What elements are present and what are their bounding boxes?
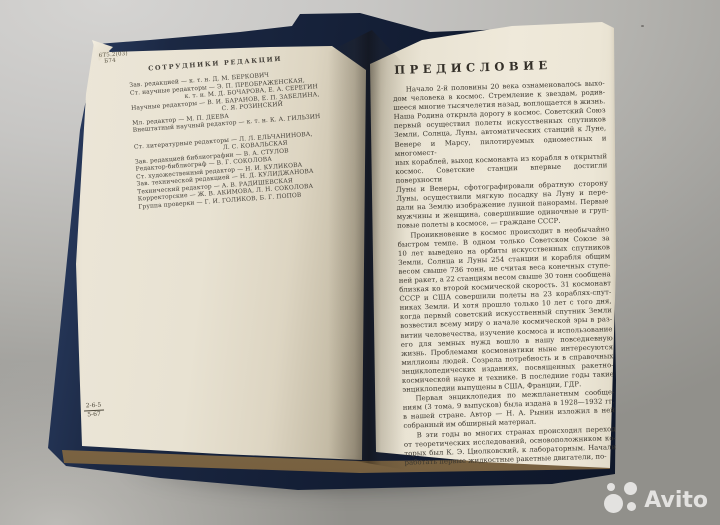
preface-block: ПРЕДИСЛОВИЕ Начало 2-й половины 20 века … [392,56,617,467]
avito-wordmark: Avito [644,488,708,513]
paragraph: Начало 2-й половины 20 века ознаменовало… [393,79,609,231]
photo-background: 6Т5.2(03) Б74 СОТРУДНИКИ РЕДАКЦИИ Зав. р… [0,0,720,525]
avito-logo-circle [627,502,636,511]
avito-logo-circle [607,483,615,491]
editorial-staff-group-1: Зав. редакцией — к. т. н. Д. М. БЕРКОВИЧ… [129,64,374,134]
library-stamp: 6Т5.2(03) Б74 [99,51,129,66]
paragraph: Проникновение в космос происходит в необ… [397,225,614,395]
print-code-bottom: 5-67 [84,410,104,418]
paragraph: В эти годы во многих странах происходил … [404,425,617,468]
dust-speck [641,25,644,27]
print-code: 2-6-5 5-67 [84,401,104,418]
avito-logo-icon [604,482,637,513]
avito-watermark: Avito [604,482,708,513]
editorial-staff-group-2: Ст. литературные редакторы — Л. Л. ЕЛЬЧА… [134,126,380,211]
avito-logo-circle [624,482,637,495]
editorial-staff-block: СОТРУДНИКИ РЕДАКЦИИ Зав. редакцией — к. … [128,48,381,219]
avito-logo-circle [604,494,623,513]
preface-text: Начало 2-й половины 20 века ознаменовало… [393,79,617,467]
